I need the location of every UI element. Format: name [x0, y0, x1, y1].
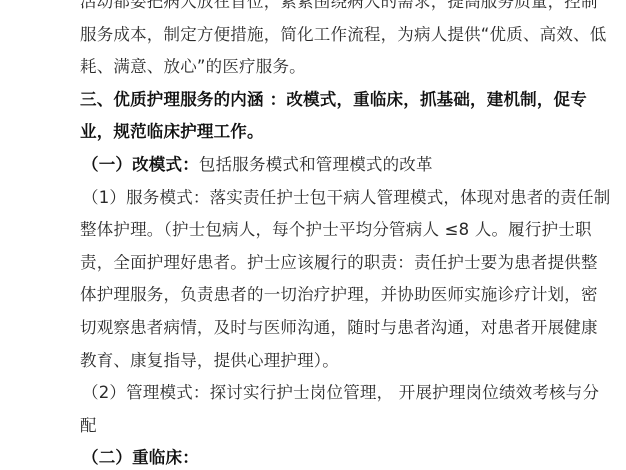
item-line: 切观察患者病情，及时与医师沟通，随时与患者沟通，对患者开展健康 [80, 312, 550, 345]
item-line: 教育、康复指导，提供心理护理）。 [80, 345, 550, 378]
item-line: 整体护理。（护士包病人，每个护士平均分管病人 ≤8 人。履行护士职 [80, 214, 550, 247]
subsection-heading: （二）重临床： [80, 442, 550, 470]
document-page: 活动都要把病人放在首位，紧紧围绕病人的需求，提高服务质量，控制 服务成本，制定方… [80, 0, 550, 470]
paragraph-line: 耗、满意、放心”的医疗服务。 [80, 51, 550, 84]
subsection-text: 包括服务模式和管理模式的改革 [199, 155, 433, 174]
item-line: 体护理服务，负责患者的一切治疗护理，并协助医师实施诊疗计划，密 [80, 279, 550, 312]
item-line: （2）管理模式：探讨实行护士岗位管理， 开展护理岗位绩效考核与分 [80, 377, 550, 410]
item-line: 责，全面护理好患者。护士应该履行的职责：责任护士要为患者提供整 [80, 247, 550, 280]
subsection-label: （一）改模式： [82, 155, 199, 174]
section-heading-line: 三、优质护理服务的内涵 ：改模式，重临床，抓基础，建机制，促专 [80, 84, 550, 117]
subsection-heading: （一）改模式：包括服务模式和管理模式的改革 [80, 149, 550, 182]
paragraph-line: 活动都要把病人放在首位，紧紧围绕病人的需求，提高服务质量，控制 [80, 0, 550, 19]
paragraph-line: 服务成本，制定方便措施，简化工作流程，为病人提供“优质、高效、低 [80, 19, 550, 52]
section-heading-line: 业，规范临床护理工作。 [80, 116, 550, 149]
item-line: 配 [80, 410, 550, 443]
item-line: （1）服务模式：落实责任护士包干病人管理模式，体现对患者的责任制 [80, 182, 550, 215]
